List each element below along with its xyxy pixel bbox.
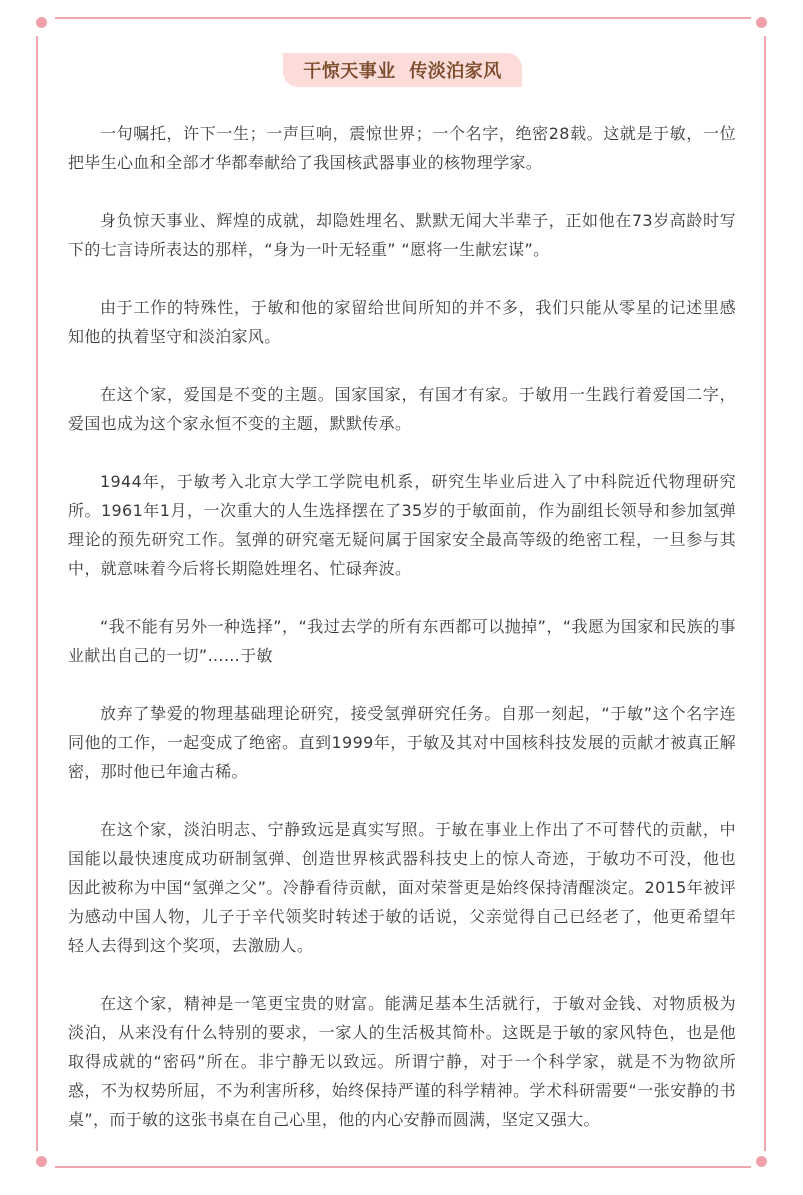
paragraph: “我不能有另外一种选择”，“我过去学的所有东西都可以抛掉”，“我愿为国家和民族的…: [68, 612, 736, 670]
corner-dot-icon: [756, 17, 767, 28]
frame-bottom-border: [55, 1166, 751, 1168]
corner-dot-icon: [756, 1156, 767, 1167]
title-badge: 干惊天事业 传淡泊家风: [283, 53, 522, 87]
frame-left-border: [36, 36, 38, 1151]
paragraph: 在这个家，爱国是不变的主题。国家国家，有国才有家。于敏用一生践行着爱国二字，爱国…: [68, 380, 736, 438]
corner-dot-icon: [36, 17, 47, 28]
paragraph: 1944年，于敏考入北京大学工学院电机系，研究生毕业后进入了中科院近代物理研究所…: [68, 467, 736, 583]
paragraph: 在这个家，淡泊明志、宁静致远是真实写照。于敏在事业上作出了不可替代的贡献，中国能…: [68, 815, 736, 960]
paragraph: 一句嘱托，许下一生；一声巨响，震惊世界；一个名字，绝密28载。这就是于敏，一位把…: [68, 119, 736, 177]
paragraph: 放弃了挚爱的物理基础理论研究，接受氢弹研究任务。自那一刻起，“于敏”这个名字连同…: [68, 699, 736, 786]
frame-top-border: [55, 17, 751, 19]
corner-dot-icon: [36, 1156, 47, 1167]
frame-right-border: [764, 36, 766, 1151]
paragraph: 在这个家，精神是一笔更宝贵的财富。能满足基本生活就行，于敏对金钱、对物质极为淡泊…: [68, 989, 736, 1134]
paragraph: 身负惊天事业、辉煌的成就，却隐姓埋名、默默无闻大半辈子，正如他在73岁高龄时写下…: [68, 206, 736, 264]
article-body: 一句嘱托，许下一生；一声巨响，震惊世界；一个名字，绝密28载。这就是于敏，一位把…: [68, 119, 736, 1163]
paragraph: 由于工作的特殊性，于敏和他的家留给世间所知的并不多，我们只能从零星的记述里感知他…: [68, 293, 736, 351]
page-title: 干惊天事业 传淡泊家风: [303, 57, 502, 83]
